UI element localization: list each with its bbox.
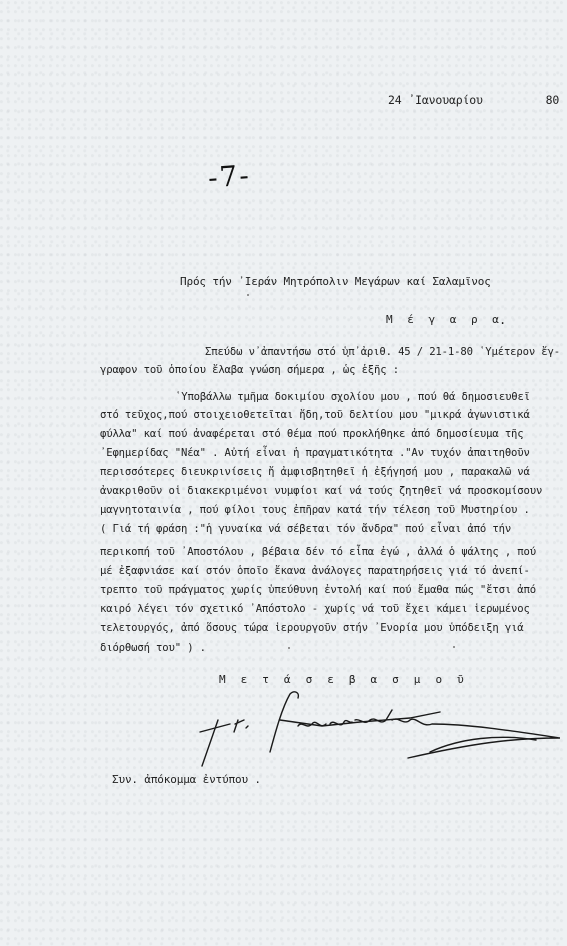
- body-line: φύλλα" καί πού ἀναφέρεται στό θέμα πού π…: [100, 428, 524, 440]
- handwritten-signature: [180, 690, 560, 770]
- body-line: καιρό λέγει τόν σχετικό ᾽Απόστολο - χωρί…: [100, 603, 530, 615]
- paper-speck: [347, 355, 349, 357]
- city-dot: .: [499, 313, 506, 327]
- body-line: γραφον τοῦ ὁποίου ἔλαβα γνώση σήμερα , ὡ…: [100, 364, 399, 376]
- recipient-city: Μ έ γ α ρ α: [386, 313, 503, 326]
- closing-salutation: Μ ε τ ά σ ε β α σ μ ο ῦ: [219, 673, 468, 686]
- body-line: στό τεῦχος,πού στοιχειοθετεῖται ἤδη,τοῦ …: [100, 409, 530, 421]
- paper-speck: [247, 294, 249, 296]
- body-line: περισσότερες διευκρινίσεις ἤ ἀμφισβητηθε…: [100, 466, 530, 478]
- body-line: διόρθωσή του" ) .: [100, 642, 206, 654]
- scanned-letter-page: 24 ᾽Ιανουαρίου 80 -7- Πρός τήν ᾽Ιεράν Μη…: [0, 0, 567, 946]
- body-line: τελετουργός, ἀπό ὅσους τώρα ἱερουργοῦν σ…: [100, 622, 524, 634]
- paper-speck: [288, 647, 290, 649]
- body-line: περικοπή τοῦ ᾽Αποστόλου , βέβαια δέν τό …: [100, 546, 536, 558]
- handwritten-page-marker: -7-: [207, 159, 252, 195]
- letter-date: 24 ᾽Ιανουαρίου 80: [388, 93, 559, 107]
- enclosure-note: Συν. ἀπόκομμα ἐντύπου .: [112, 773, 261, 786]
- body-line: μαγνητοταινία , πού φίλοι τους ἐπῆραν κα…: [100, 504, 530, 516]
- paper-speck: [453, 646, 455, 648]
- recipient-line: Πρός τήν ᾽Ιεράν Μητρόπολιν Μεγάρων καί Σ…: [180, 275, 491, 288]
- body-line: μέ ἐξαφνιάσε καί στόν ὁποῖο ἔκανα ἀνάλογ…: [100, 565, 530, 577]
- body-line: ᾽Εφημερίδας "Νέα" . Αὐτή εἶναι ἡ πραγματ…: [100, 447, 530, 459]
- body-line: ῾Υποβάλλω τμῆμα δοκιμίου σχολίου μου , π…: [175, 391, 530, 403]
- body-line: τρεπτο τοῦ πράγματος χωρίς ὑπεύθυνη ἐντο…: [100, 584, 536, 596]
- body-line: Σπεύδω ν᾽ἀπαντήσω στό ὑπ᾽ἀριθ. 45 / 21-1…: [205, 346, 560, 358]
- body-line: ( Γιά τή φράση :"ἡ γυναίκα νά σέβεται τό…: [100, 523, 511, 535]
- date-year: 80: [546, 93, 560, 107]
- date-day-month: 24 ᾽Ιανουαρίου: [388, 93, 483, 107]
- body-line: ἀνακριθοῦν οἱ διακεκριμένοι νυμφίοι καί …: [100, 485, 542, 497]
